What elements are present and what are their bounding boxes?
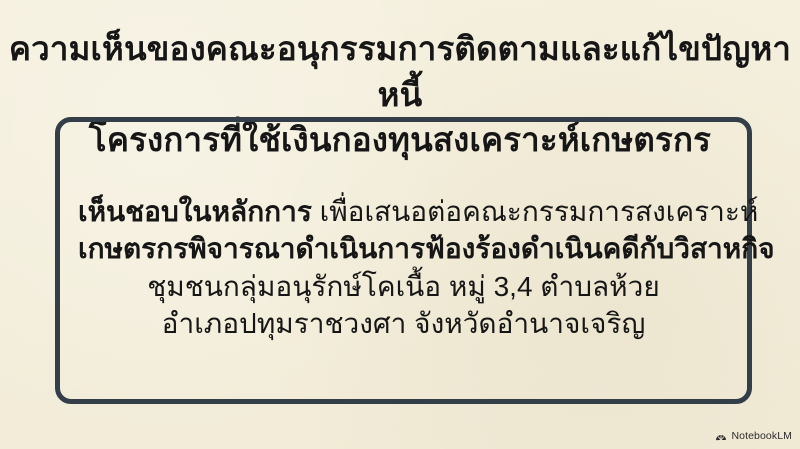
slide-canvas: { "slide": { "title_lines": [ "ความเห็นข… [0,0,800,449]
notebooklm-logo-icon [715,431,727,442]
body-text-line-1: เห็นชอบในหลักการ เพื่อเสนอต่อคณะกรรมการส… [78,193,729,230]
body-text-segment: เห็นชอบในหลักการ [78,196,312,227]
body-text-line-4: อำเภอปทุมราชวงศา จังหวัดอำนาจเจริญ [78,305,729,342]
slide-title-line-1: ความเห็นของคณะอนุกรรมการติดตามและแก้ไขปั… [0,26,800,117]
body-text-segment: เกษตรกรพิจารณาดำเนินการฟ้องร้องดำเนินคดี… [78,233,775,264]
body-text-segment: อำเภอปทุมราชวงศา จังหวัดอำนาจเจริญ [162,308,646,339]
body-text-segment: เพื่อเสนอต่อคณะกรรมการสงเคราะห์ [312,196,759,227]
approval-box-text: เห็นชอบในหลักการ เพื่อเสนอต่อคณะกรรมการส… [60,193,747,342]
approval-box: เห็นชอบในหลักการ เพื่อเสนอต่อคณะกรรมการส… [55,117,752,404]
watermark-label: NotebookLM [731,430,792,442]
body-text-line-2: เกษตรกรพิจารณาดำเนินการฟ้องร้องดำเนินคดี… [78,230,729,267]
watermark: NotebookLM [715,430,792,442]
body-text-segment: ชุมชนกลุ่มอนุรักษ์โคเนื้อ หมู่ 3,4 ตำบลห… [147,271,659,302]
body-text-line-3: ชุมชนกลุ่มอนุรักษ์โคเนื้อ หมู่ 3,4 ตำบลห… [78,268,729,305]
